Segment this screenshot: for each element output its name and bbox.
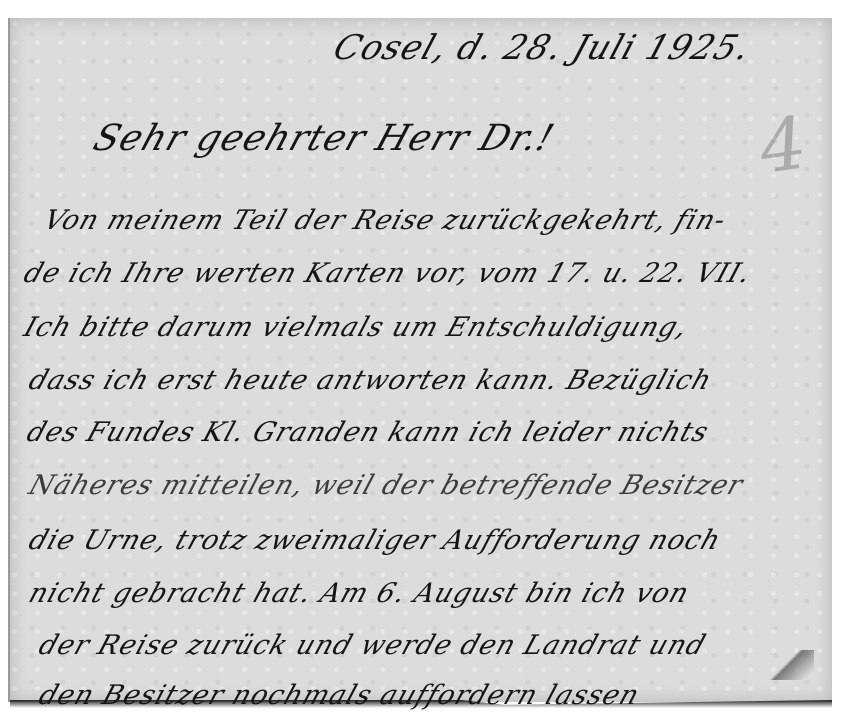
letter-line: dass ich erst heute antworten kann. Bezü… bbox=[25, 365, 716, 396]
letter-line: Ich bitte darum vielmals um Entschuldigu… bbox=[20, 312, 692, 343]
torn-corner bbox=[754, 650, 814, 680]
letter-line: den Besitzer nochmals auffordern lassen bbox=[35, 680, 644, 711]
margin-annotation: 4 bbox=[754, 100, 811, 190]
letter-line: nicht gebracht hat. Am 6. August bin ich… bbox=[25, 578, 693, 609]
letter-line: Von meinem Teil der Reise zurückgekehrt,… bbox=[40, 205, 730, 236]
salutation: Sehr geehrter Herr Dr.! bbox=[88, 118, 559, 159]
letter-line: des Fundes Kl. Granden kann ich leider n… bbox=[23, 417, 713, 448]
letter-line: der Reise zurück und werde den Landrat u… bbox=[35, 630, 710, 661]
dateline: Cosel, d. 28. Juli 1925. bbox=[329, 28, 756, 68]
letter-line: de ich Ihre werten Karten vor, vom 17. u… bbox=[20, 258, 755, 289]
letter-line: die Urne, trotz zweimaliger Aufforderung… bbox=[25, 525, 725, 556]
letter-line: Näheres mitteilen, weil der betreffende … bbox=[25, 470, 747, 501]
